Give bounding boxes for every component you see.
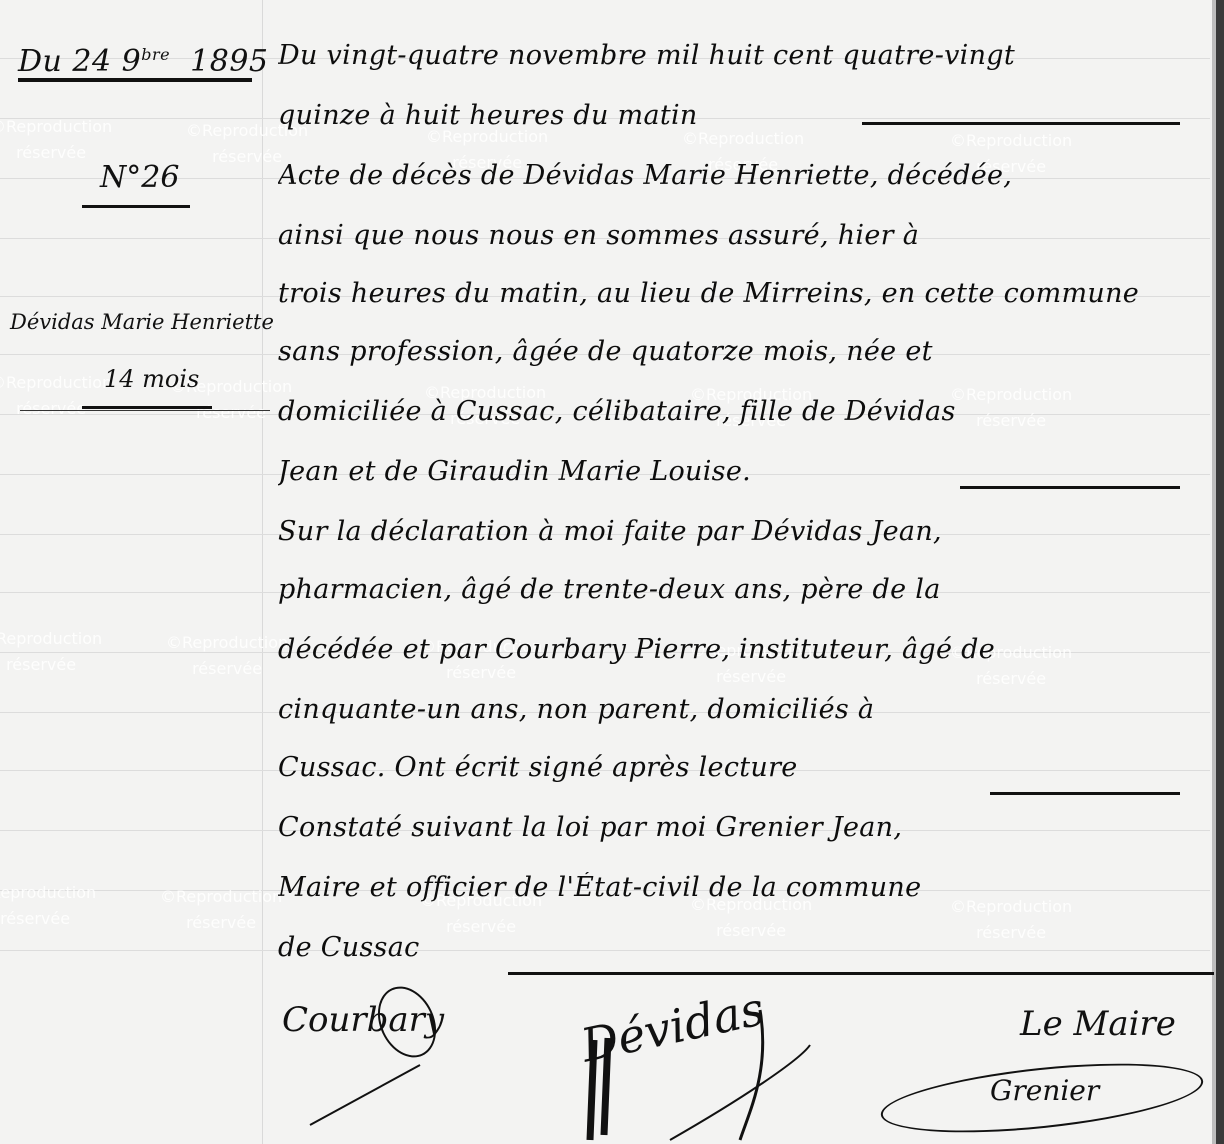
line-filler-dash (862, 122, 1180, 125)
record-line: décédée et par Courbary Pierre, institut… (278, 634, 1218, 665)
record-line: de Cussac (278, 932, 518, 963)
record-line: cinquante-un ans, non parent, domiciliés… (278, 694, 1218, 725)
deceased-age-underline (82, 406, 212, 409)
record-number-underline (82, 205, 190, 208)
record-line: Constaté suivant la loi par moi Grenier … (278, 812, 1218, 843)
signature-stroke (560, 990, 820, 1144)
record-line: trois heures du matin, au lieu de Mirrei… (278, 278, 1218, 309)
record-line: Acte de décès de Dévidas Marie Henriette… (278, 160, 1218, 191)
signature-stroke (300, 1030, 520, 1130)
record-line: Jean et de Giraudin Marie Louise. (278, 456, 958, 487)
margin-separator (20, 410, 270, 411)
watermark: ©Reproductionréservée (0, 880, 96, 932)
watermark: ©Reproductionréservée (0, 114, 112, 166)
record-line: Cussac. Ont écrit signé après lecture (278, 752, 978, 783)
ruled-line (0, 950, 1210, 951)
record-line: pharmacien, âgé de trente-deux ans, père… (278, 574, 1218, 605)
record-line: Du vingt-quatre novembre mil huit cent q… (278, 40, 1218, 71)
record-line: domiciliée à Cussac, célibataire, fille … (278, 396, 1218, 427)
record-number: N°26 (100, 160, 179, 195)
deceased-age: 14 mois (104, 365, 199, 393)
record-line: sans profession, âgée de quatorze mois, … (278, 336, 1218, 367)
record-line: ainsi que nous nous en sommes assuré, hi… (278, 220, 1218, 251)
margin-date: Du 24 9bre 1895 (18, 44, 269, 79)
record-line: Maire et officier de l'État-civil de la … (278, 872, 1218, 903)
margin-divider (262, 0, 263, 1144)
deceased-name: Dévidas Marie Henriette (10, 310, 274, 334)
record-line: Sur la déclaration à moi faite par Dévid… (278, 516, 1218, 547)
line-filler-dash (960, 486, 1180, 489)
watermark: ©Reproductionréservée (166, 630, 288, 682)
record-line: quinze à huit heures du matin (278, 100, 858, 131)
line-filler-dash (990, 792, 1180, 795)
signature-mayor: Grenier (990, 1074, 1099, 1107)
line-filler-dash (508, 972, 1214, 975)
death-record-page: ©Reproductionréservée ©Reproductionréser… (0, 0, 1224, 1144)
mayor-label: Le Maire (1020, 1004, 1176, 1044)
watermark: ©Reproductionréservée (160, 884, 282, 936)
margin-date-underline (18, 78, 252, 82)
